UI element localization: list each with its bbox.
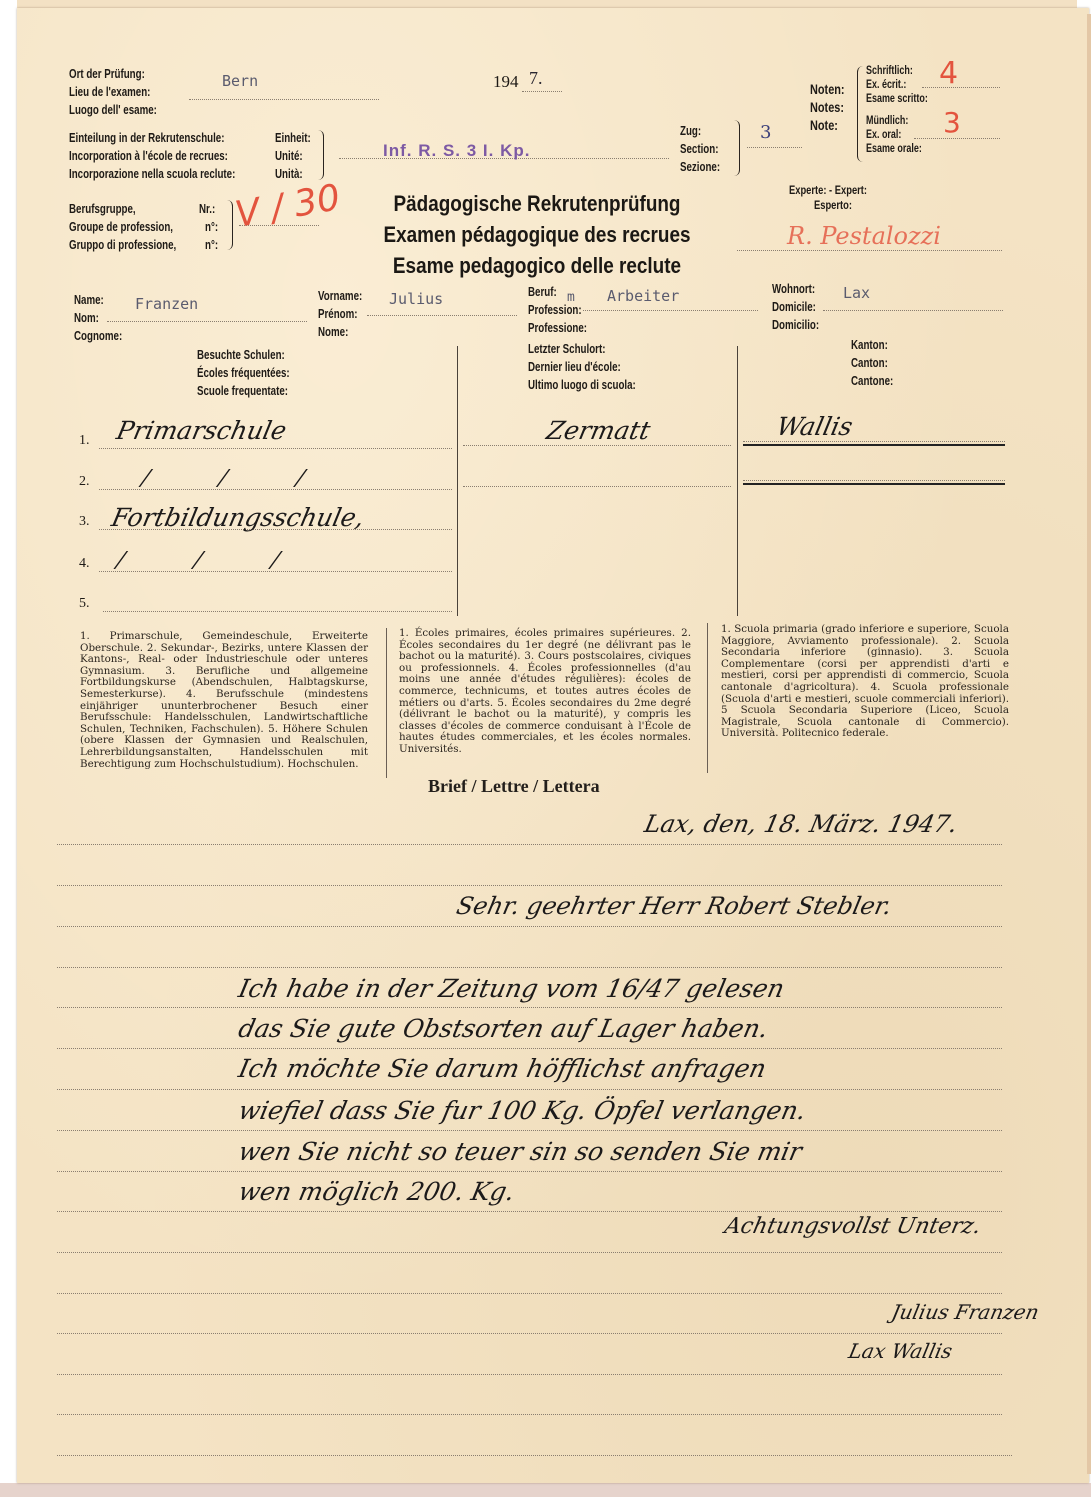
- letter-line-16: [57, 1455, 1012, 1456]
- first-name-label-fr: Prénom:: [318, 305, 358, 323]
- exam-place-value[interactable]: Bern: [222, 72, 258, 90]
- paper-edge-bottom: [0, 1483, 1091, 1497]
- letter-line-4: [57, 967, 1002, 968]
- form-title-fr: Examen pédagogique des recrues: [374, 219, 701, 250]
- letter-line-12: [57, 1293, 1002, 1294]
- letter-line-5: [57, 1007, 1002, 1008]
- form-title-de: Pädagogische Rekrutenprüfung: [374, 188, 701, 219]
- name-value[interactable]: Franzen: [135, 295, 198, 313]
- unit-sub-label-it: Unità:: [275, 165, 303, 183]
- schools-label-fr: Écoles fréquentées:: [197, 364, 290, 382]
- letter-line-6: [57, 1048, 1002, 1049]
- school-row-5-line: [103, 611, 452, 612]
- oral-grade-value[interactable]: 3: [943, 106, 961, 139]
- exam-place-line: [189, 99, 379, 100]
- letter-heading: Brief / Lettre / Lettera: [428, 776, 600, 797]
- grades-label-it: Note:: [810, 116, 838, 134]
- unit-sub-label-de: Einheit:: [275, 129, 311, 147]
- letter-line-13: [57, 1333, 1002, 1334]
- canton-label-de: Kanton:: [851, 336, 888, 354]
- section-label-de: Zug:: [680, 122, 701, 140]
- profession-label-it: Professione:: [528, 319, 587, 337]
- letter-line-11: [57, 1252, 1002, 1253]
- prof-group-value[interactable]: V / 30: [232, 177, 343, 236]
- section-brace: [733, 120, 740, 176]
- expert-signature: R. Pestalozzi: [787, 222, 941, 250]
- exam-place-label-de: Ort der Prüfung:: [69, 65, 145, 83]
- expert-label-2: Esperto:: [814, 196, 852, 214]
- grades-label-de: Noten:: [810, 80, 845, 98]
- prof-group-nr-fr: n°:: [205, 218, 218, 236]
- domicile-label-it: Domicilio:: [772, 316, 819, 334]
- unit-brace: [317, 130, 324, 180]
- school-row-1-num: 1.: [79, 433, 90, 449]
- canton-value[interactable]: Wallis: [774, 412, 855, 441]
- first-name-line: [367, 315, 517, 316]
- letter-line-9: [57, 1171, 1002, 1172]
- prof-group-label-de: Berufsgruppe,: [69, 200, 136, 218]
- school-row-5-num: 5.: [79, 596, 90, 612]
- name-label-fr: Nom:: [74, 309, 99, 327]
- canton-dots-1: [743, 441, 1005, 442]
- unit-label-de: Einteilung in der Rekrutenschule:: [69, 129, 224, 147]
- letter-line-2: [57, 885, 1002, 886]
- profession-marker: m: [567, 290, 575, 305]
- letter-body-line-3[interactable]: Ich möchte Sie darum höfflichst anfragen: [236, 1054, 769, 1083]
- letter-salutation[interactable]: Sehr. geehrter Herr Robert Stebler.: [454, 892, 894, 920]
- footnote-divider-1: [386, 628, 387, 778]
- letter-line-1: [57, 844, 1002, 845]
- letter-line-14: [57, 1374, 1002, 1375]
- domicile-value[interactable]: Lax: [843, 284, 870, 302]
- letter-closing[interactable]: Achtungsvollst Unterz.: [722, 1214, 983, 1239]
- oral-label-it: Esame orale:: [866, 140, 922, 158]
- prof-group-label-fr: Groupe de profession,: [69, 218, 173, 236]
- last-place-line-1: [463, 445, 731, 446]
- school-row-1-value[interactable]: Primarschule: [114, 416, 289, 445]
- name-label-de: Name:: [74, 291, 104, 309]
- unit-label-it: Incorporazione nella scuola reclute:: [69, 165, 235, 183]
- schools-label-de: Besuchte Schulen:: [197, 346, 285, 364]
- first-name-label-de: Vorname:: [318, 287, 362, 305]
- last-place-label-de: Letzter Schulort:: [528, 340, 605, 358]
- last-place-line-2: [463, 486, 731, 487]
- letter-body-line-4[interactable]: wiefiel dass Sie fur 100 Kg. Öpfel verla…: [236, 1096, 809, 1125]
- year-line: [522, 91, 562, 92]
- section-label-it: Sezione:: [680, 158, 720, 176]
- paper-edge-right: [1087, 14, 1091, 1474]
- name-line: [107, 321, 307, 322]
- letter-line-7: [57, 1089, 1002, 1090]
- written-grade-value[interactable]: 4: [939, 56, 958, 91]
- exam-place-label-fr: Lieu de l'examen:: [69, 83, 150, 101]
- schools-divider-1: [457, 346, 458, 616]
- letter-signature[interactable]: Julius Franzen: [889, 1300, 1041, 1324]
- expert-line: [737, 250, 1002, 251]
- unit-label-fr: Incorporation à l'école de recrues:: [69, 147, 228, 165]
- unit-sub-label-fr: Unité:: [275, 147, 303, 165]
- schools-label-it: Scuole frequentate:: [197, 382, 288, 400]
- letter-body-line-5[interactable]: wen Sie nicht so teuer sin so senden Sie…: [236, 1137, 805, 1166]
- letter-body-line-1[interactable]: Ich habe in der Zeitung vom 16/47 gelese…: [236, 974, 787, 1003]
- last-place-value[interactable]: Zermatt: [544, 416, 653, 445]
- footnote-it: 1. Scuola primaria (grado inferiore e su…: [721, 624, 1009, 740]
- written-line: [922, 87, 1000, 88]
- school-row-3-value[interactable]: Fortbildungsschule,: [109, 503, 367, 532]
- footnote-divider-2: [707, 623, 708, 773]
- footnote-de: 1. Primarschule, Gemeindeschule, Erweite…: [80, 631, 368, 770]
- school-row-4-num: 4.: [79, 556, 90, 572]
- section-line: [747, 147, 802, 148]
- letter-date[interactable]: Lax, den, 18. März. 1947.: [642, 810, 960, 838]
- section-value[interactable]: 3: [760, 122, 771, 143]
- canton-line-1: [743, 444, 1005, 446]
- grades-label-fr: Notes:: [810, 98, 844, 116]
- first-name-value[interactable]: Julius: [389, 290, 443, 308]
- letter-line-10: [57, 1211, 1002, 1212]
- school-row-4-value[interactable]: / / /: [114, 548, 281, 573]
- section-label-fr: Section:: [680, 140, 718, 158]
- school-row-2-num: 2.: [79, 474, 90, 490]
- canton-label-fr: Canton:: [851, 354, 888, 372]
- letter-body-line-2[interactable]: das Sie gute Obstsorten auf Lager haben.: [236, 1014, 771, 1043]
- letter-line-3: [57, 926, 1002, 927]
- first-name-label-it: Nome:: [318, 323, 348, 341]
- last-place-label-fr: Dernier lieu d'école:: [528, 358, 621, 376]
- prof-group-brace: [227, 200, 233, 250]
- letter-line-8: [57, 1130, 1002, 1131]
- domicile-label-de: Wohnort:: [772, 280, 815, 298]
- profession-line: [583, 310, 758, 311]
- name-label-it: Cognome:: [74, 327, 122, 345]
- written-label-it: Esame scritto:: [866, 90, 928, 108]
- prof-group-nr-de: Nr.:: [199, 200, 215, 218]
- year-value[interactable]: 7.: [529, 68, 543, 89]
- exam-place-label-it: Luogo dell' esame:: [69, 101, 157, 119]
- letter-signature-place[interactable]: Lax Wallis: [846, 1339, 954, 1363]
- domicile-label-fr: Domicile:: [772, 298, 816, 316]
- prof-group-nr-it: n°:: [205, 236, 218, 254]
- exam-form-page: Ort der Prüfung: Lieu de l'examen: Luogo…: [17, 8, 1089, 1483]
- form-title-it: Esame pedagogico delle reclute: [374, 250, 701, 281]
- canton-dots-2: [743, 480, 1005, 481]
- grades-brace: [857, 66, 864, 162]
- canton-label-it: Cantone:: [851, 372, 893, 390]
- year-prefix: 194: [493, 72, 519, 92]
- canton-line-2: [743, 483, 1005, 485]
- prof-group-label-it: Gruppo di professione,: [69, 236, 176, 254]
- unit-stamp-value[interactable]: Inf. R. S. 3 I. Kp.: [383, 141, 530, 161]
- profession-label-de: Beruf:: [528, 283, 557, 301]
- letter-line-15: [57, 1414, 1002, 1415]
- schools-divider-2: [737, 346, 738, 616]
- school-row-2-value[interactable]: / / /: [139, 466, 306, 491]
- footnote-fr: 1. Écoles primaires, écoles primaires su…: [399, 628, 691, 756]
- last-place-label-it: Ultimo luogo di scuola:: [528, 376, 636, 394]
- school-row-3-num: 3.: [79, 514, 90, 530]
- letter-body-line-6[interactable]: wen möglich 200. Kg.: [236, 1177, 517, 1206]
- profession-value[interactable]: Arbeiter: [607, 287, 679, 305]
- form-title: Pädagogische Rekrutenprüfung Examen péda…: [347, 188, 727, 281]
- school-row-1-line: [99, 448, 452, 449]
- domicile-line: [823, 310, 1003, 311]
